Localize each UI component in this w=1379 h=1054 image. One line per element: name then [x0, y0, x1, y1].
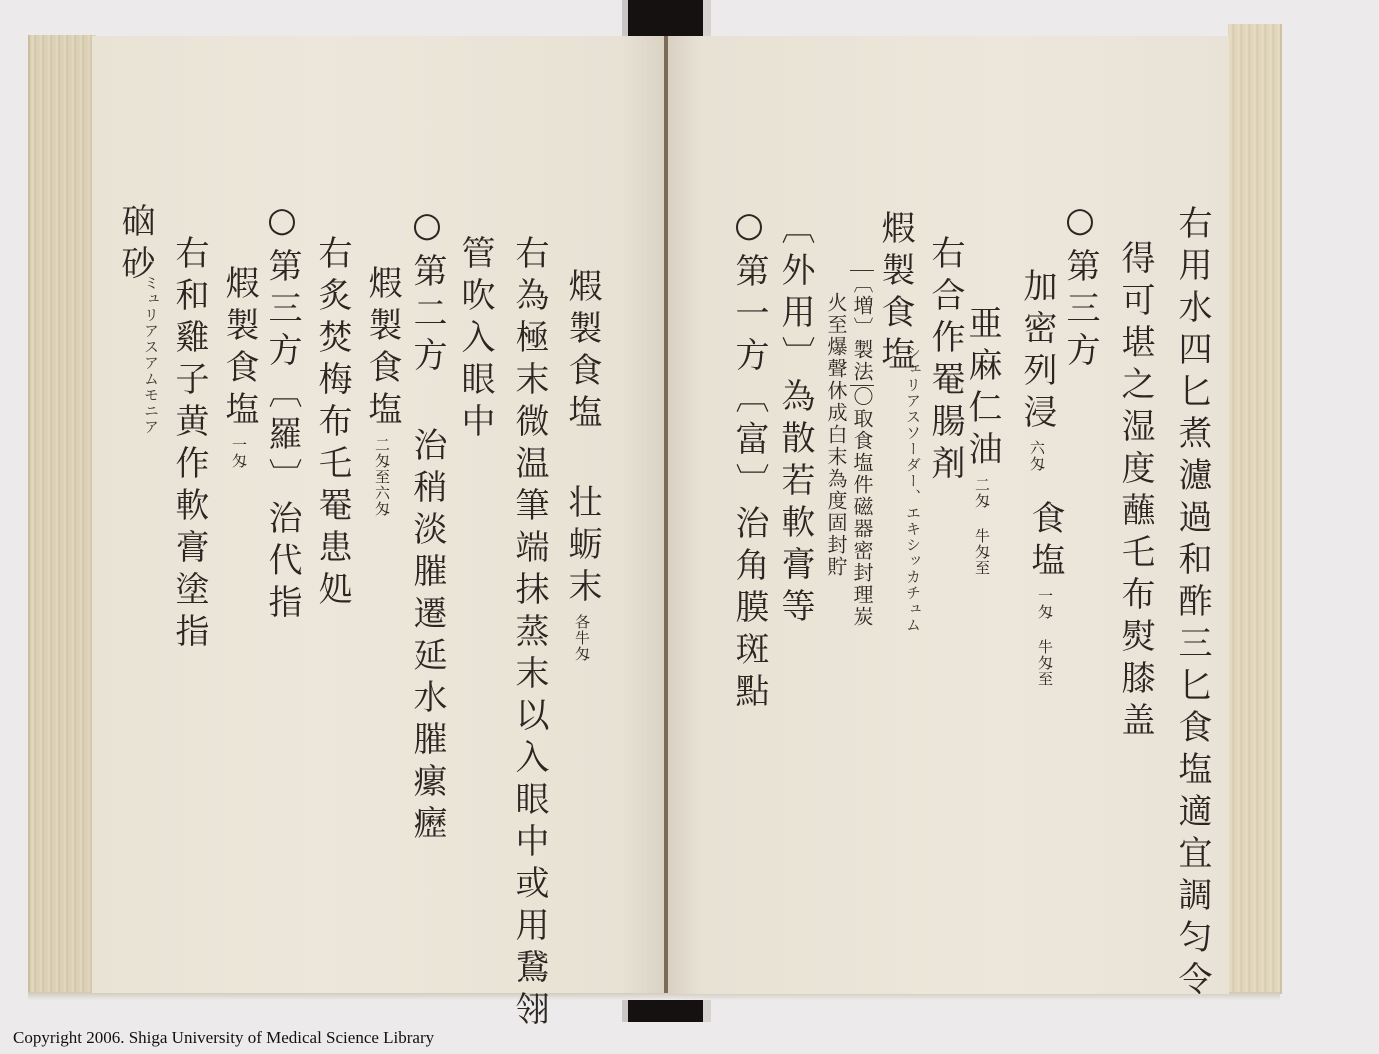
text-column: 右用水四匕煮濾過和酢三匕食塩適宜調匀令: [1175, 205, 1209, 1003]
text-column: ○第三方: [1063, 200, 1097, 374]
dosage-note: 一匁 牛匁至: [1036, 588, 1054, 687]
text-column: 管吹入眼中: [458, 235, 492, 445]
text-column: 右為極末微温筆端抹蒸末以入眼中或用鵞翎: [512, 235, 546, 1033]
text-column: 右和雞子黄作軟膏塗指: [172, 235, 206, 655]
ingredient-name: 煆製食塩: [219, 265, 259, 433]
dosage-note: 六匁: [1028, 440, 1046, 472]
book-gutter: [664, 36, 668, 993]
text-column: 煆製食塩二匁至六匁: [365, 265, 399, 517]
ingredient-name: 食塩: [1025, 500, 1065, 584]
text-column: ○第三方〔羅〕治代指: [265, 200, 299, 626]
text-column: 右合作罨腸剤: [928, 235, 962, 487]
ingredient-name: 加密列浸: [1017, 268, 1057, 436]
dosage-note: 二匁至六匁: [373, 437, 391, 517]
copyright-notice: Copyright 2006. Shiga University of Medi…: [13, 1028, 434, 1048]
page-block-edge-right: [1228, 24, 1282, 994]
inline-text: 〇取食塩件磁器密封理炭: [850, 386, 874, 628]
text-column: 得可堪之湿度蘸乇布熨膝盖: [1118, 240, 1152, 744]
page-block-edge-left: [28, 35, 96, 993]
text-column: 食塩一匁 牛匁至: [1028, 500, 1062, 687]
text-column: 〔増〕製法〇取食塩件磁器密封理炭: [852, 270, 872, 628]
book-spine-top: [628, 0, 703, 40]
text-column: 火至爆聲休成白末為度固封貯: [826, 292, 846, 578]
text-column: 煆製食塩 壮蛎末各牛匁: [565, 268, 599, 662]
katakana-gloss: ミュリアスアムモニア: [143, 275, 158, 435]
ingredient-name: 煆製食塩 壮蛎末: [562, 268, 602, 610]
text-column: ○第二方 治稍淡膗遷延水膗瘰癧: [410, 205, 444, 847]
text-column: 煆製食塩一匁: [222, 265, 256, 469]
text-column: 亜麻仁油二匁 牛匁至: [965, 305, 999, 576]
text-column: 加密列浸六匁: [1020, 268, 1054, 472]
text-column: 右炙焚梅布乇罨患処: [315, 235, 349, 613]
dosage-note: 二匁 牛匁至: [973, 477, 991, 576]
dosage-note: 各牛匁: [573, 614, 591, 662]
text-column: 〔外用〕為散若軟膏等: [778, 210, 812, 630]
section-marker: 〔増〕製法: [850, 270, 874, 386]
ingredient-name: 亜麻仁油: [962, 305, 1002, 473]
dosage-note: 一匁: [230, 437, 248, 469]
text-column: ○第一方〔富〕治角膜斑點: [732, 205, 766, 715]
ingredient-name: 煆製食塩: [362, 265, 402, 433]
katakana-gloss: シェリアスソーダー、エキシッカチュム: [905, 345, 920, 633]
